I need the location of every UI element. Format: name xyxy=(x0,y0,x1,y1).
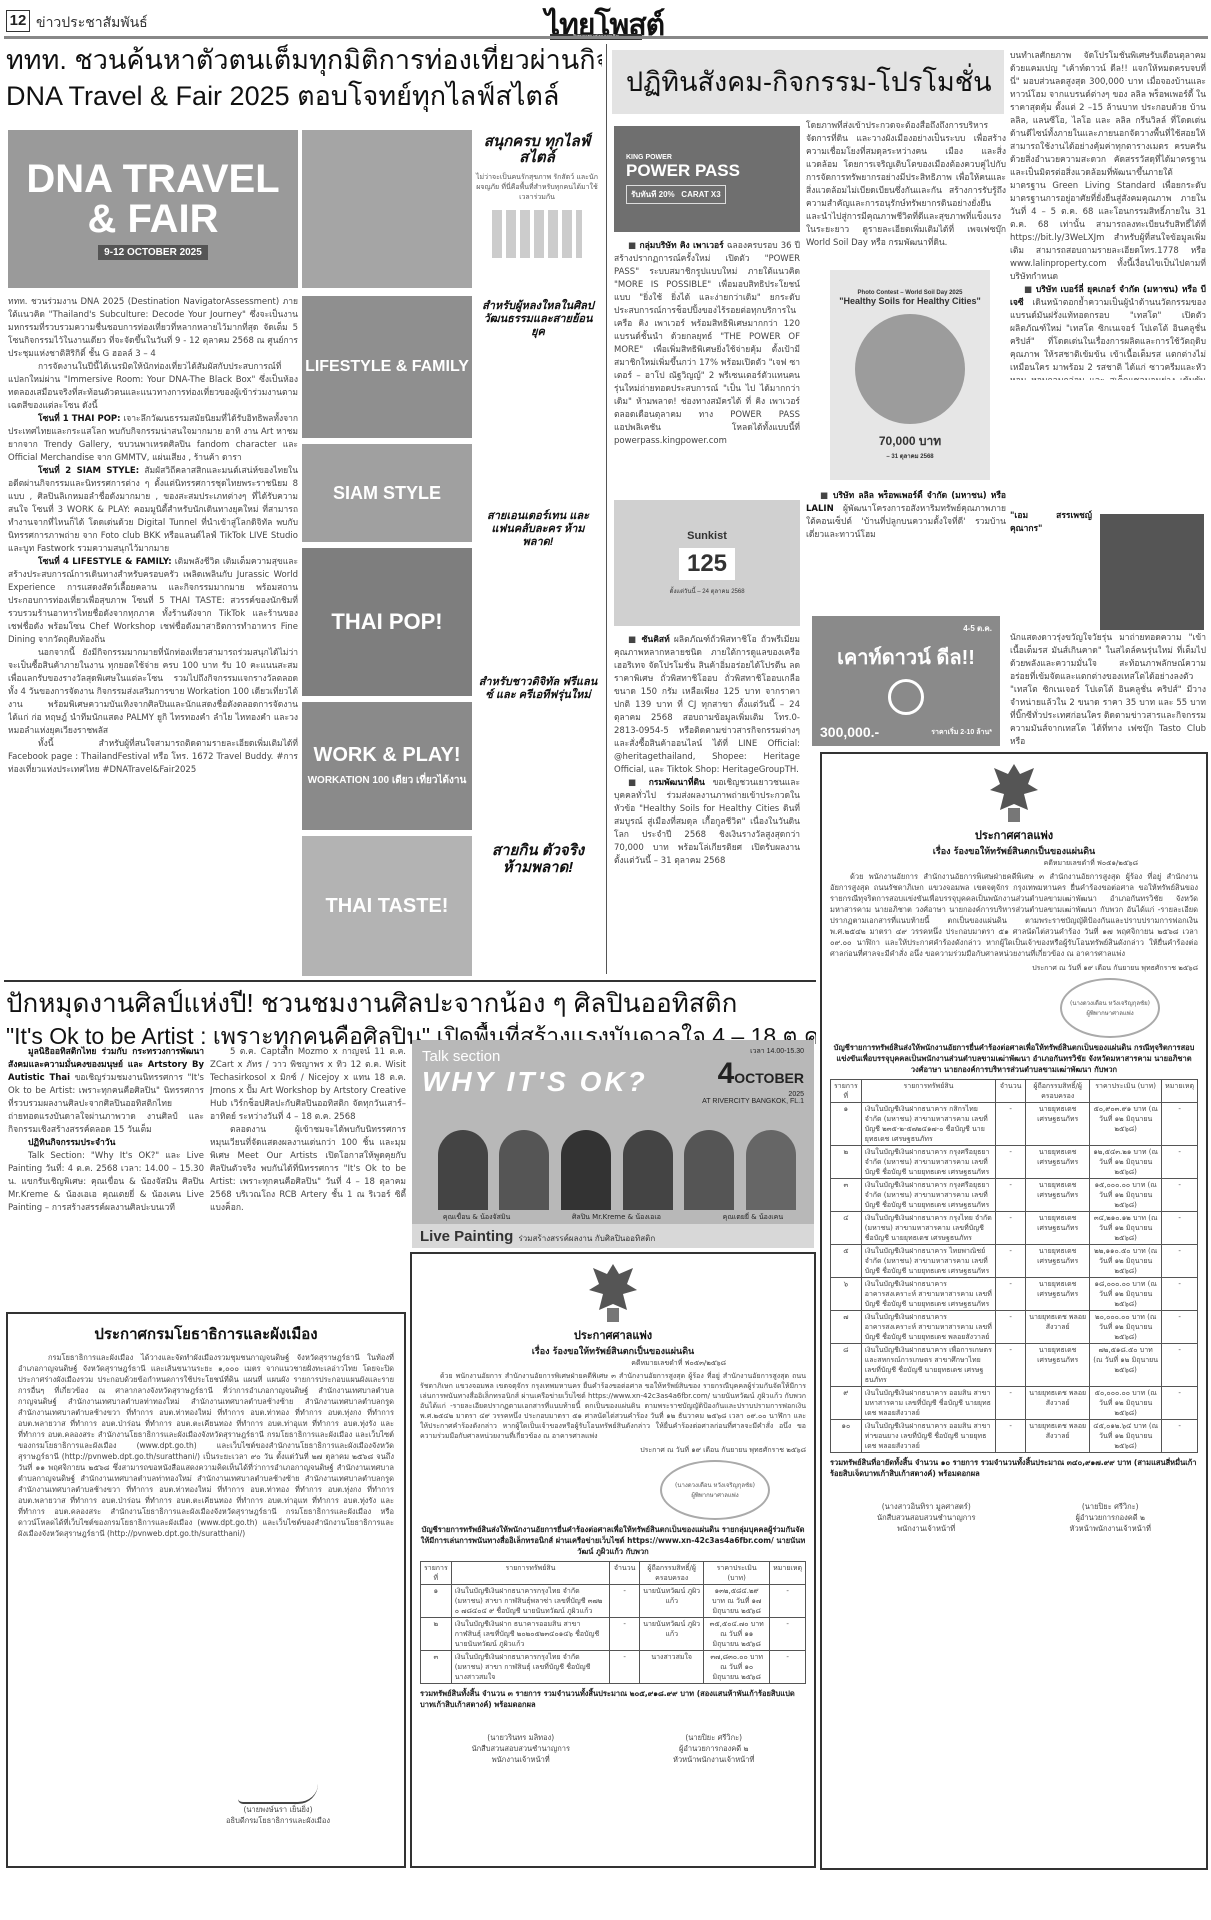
table-cell: นายยุทธเดช เศรษฐธนภัทร xyxy=(1026,1212,1090,1245)
king-power-image: KING POWER POWER PASS รับทันที 20% CARAT… xyxy=(614,126,800,232)
dna-body: ททท. ชวนร่วมงาน DNA 2025 (Destination Na… xyxy=(8,296,298,986)
side-promo: สนุกครบ ทุกไลฟ์สไตล์ ไม่ว่าจะเป็นคนรักสุ… xyxy=(476,134,598,289)
table-row: ๔เงินในบัญชีเงินฝากธนาคาร กรุงไทย จำกัด … xyxy=(831,1212,1198,1245)
table-cell: ๓๔,๒๑๐.๑๒ บาท (ณ วันที่ ๑๒ มิถุนายน ๒๕๖๘… xyxy=(1090,1212,1162,1245)
table-cell: ๘ xyxy=(831,1344,862,1387)
table-cell: นายยุทธเดช เศรษฐธนภัทร xyxy=(1026,1278,1090,1311)
zone4-label: โซนที่ 4 LIFESTYLE & FAMILY: xyxy=(38,557,172,567)
table-cell: ๒๒,๑๑๐.๕๐ บาท (ณ วันที่ ๑๒ มิถุนายน ๒๕๖๘… xyxy=(1090,1245,1162,1278)
table-cell: - xyxy=(1162,1245,1198,1278)
art-col-2: 5 ต.ค. Captain Mozmo x กาญจน์ 11 ต.ค. ZC… xyxy=(210,1046,406,1291)
lifestyle-family-image: LIFESTYLE & FAMILY xyxy=(302,296,472,438)
table-cell: - xyxy=(1162,1420,1198,1453)
dna-intro: ททท. ชวนร่วมงาน DNA 2025 (Destination Na… xyxy=(8,296,298,361)
table-cell: เงินในบัญชีเงินฝากธนาคารกรุงไทย จำกัด (ม… xyxy=(451,1585,609,1618)
signatures: (นางสาวอินทิรา มูลศาสตร์)นักสืบสวนสอบสวน… xyxy=(830,1501,1198,1534)
table-cell: ๖ xyxy=(831,1278,862,1311)
table-row: ๘เงินในบัญชีเงินฝากธนาคาร เพื่อการเกษตรแ… xyxy=(831,1344,1198,1387)
total-gambling: รวมทรัพย์สินทั้งสิ้น จำนวน ๓ รายการ รวมจ… xyxy=(420,1688,806,1710)
art-headline-1: ปักหมุดงานศิลป์แห่งปี! ชวนชมงานศิลปะจากน… xyxy=(6,988,816,1018)
table-cell: ๒ xyxy=(831,1146,862,1179)
side-promo-text: ไม่ว่าจะเป็นคนรักสุขภาพ รักสัตว์ และนักผ… xyxy=(476,172,598,202)
table-row: ๑เงินในบัญชีเงินฝากธนาคารกรุงไทย จำกัด (… xyxy=(421,1585,806,1618)
signature-mark xyxy=(238,1784,318,1804)
table-cell: นายยุทธเดช เศรษฐธนภัทร xyxy=(1026,1179,1090,1212)
table-cell: - xyxy=(1162,1344,1198,1387)
soil-day-image: Photo Contest – World Soil Day 2025 "Hea… xyxy=(830,270,990,480)
table-cell: นายยุทธเดช พลอยสังวาลย์ xyxy=(1026,1420,1090,1453)
dna-banner-image: DNA TRAVEL & FAIR 9-12 OCTOBER 2025 xyxy=(8,130,298,288)
table-cell: ๑๕,๐๐๐.๐๐ บาท (ณ วันที่ ๑๒ มิถุนายน ๒๕๖๘… xyxy=(1090,1179,1162,1212)
table-row: ๒เงินในบัญชีเงินฝาก ธนาคารออมสิน สาขา กา… xyxy=(421,1618,806,1651)
table-cell: - xyxy=(996,1146,1026,1179)
clock-icon xyxy=(888,679,924,715)
zone-caption-1: สำหรับผู้หลงใหลในศิลปวัฒนธรรมและสายย้อนย… xyxy=(478,300,598,339)
total-khamthao: รวมทรัพย์สินที่อายัดทั้งสิ้น จำนวน ๑๐ รา… xyxy=(830,1457,1198,1479)
table-row: ๖เงินในบัญชีเงินฝากธนาคาร อาคารสงเคราะห์… xyxy=(831,1278,1198,1311)
sunkist-ldd-text: ■ ซันคิสท์ ผลิตภัณฑ์ถั่วพิสทาชิโอ ถั่วพร… xyxy=(614,634,800,974)
table-cell: - xyxy=(996,1245,1026,1278)
art-top-rule xyxy=(4,980,816,982)
table-cell: - xyxy=(770,1618,806,1651)
guest-names: คุณเขื่อน & น้องจัสมิน ศิลปิน Mr.Kreme &… xyxy=(412,1212,814,1223)
table-cell: - xyxy=(996,1278,1026,1311)
table-cell: นายยุทธเดช พลอยสังวาลย์ xyxy=(1026,1311,1090,1344)
table-cell: - xyxy=(770,1651,806,1684)
table-row: ๗เงินในบัญชีเงินฝากธนาคาร อาคารสงเคราะห์… xyxy=(831,1311,1198,1344)
table-cell: ๕ xyxy=(831,1245,862,1278)
lalin-countdown-image: เคาท์ดาวน์ ดีล!! 4-5 ต.ค. 300,000.- ราคา… xyxy=(812,616,1000,746)
table-cell: ๔๕,๐๑๒.๖๔ บาท (ณ วันที่ ๑๒ มิถุนายน ๒๕๖๘… xyxy=(1090,1420,1162,1453)
sponsor-logos xyxy=(492,210,582,258)
table-cell: นายยุทธเดช พลอยสังวาลย์ xyxy=(1026,1387,1090,1420)
workation-text: WORKATION 100 เดียว เที่ยวได้งาน xyxy=(308,773,467,788)
table-cell: เงินในบัญชีเงินฝากธนาคารกรุงไทย จำกัด (ม… xyxy=(451,1651,609,1684)
table-cell: นายยุทธเดช เศรษฐธนภัทร xyxy=(1026,1146,1090,1179)
table-cell: เงินในบัญชีเงินฝากธนาคาร กสิกรไทย จำกัด … xyxy=(861,1103,995,1146)
table-cell: ๗๒,๕๑๘.๕๐ บาท (ณ วันที่ ๑๒ มิถุนายน ๒๕๖๘… xyxy=(1090,1344,1162,1387)
court-notice-gambling: ประกาศศาลแพ่ง เรื่อง ร้องขอให้ทรัพย์สินต… xyxy=(410,1252,816,1868)
table-cell: เงินในบัญชีเงินฝากธนาคาร ไทยพาณิชย์ จำกั… xyxy=(861,1245,995,1278)
king-power-text: ■ กลุ่มบริษัท คิง เพาเวอร์ ฉลองครบรอบ 36… xyxy=(614,240,800,530)
art-col-1: มูลนิธิออทิสติกไทย ร่วมกับ กระทรวงการพัฒ… xyxy=(8,1046,204,1291)
dna-dino-image xyxy=(302,130,472,288)
table-cell: ๙ xyxy=(831,1387,862,1420)
table-row: ๑๐เงินในบัญชีเงินฝากธนาคาร ออมสิน สาขาท่… xyxy=(831,1420,1198,1453)
soil-globe-illustration xyxy=(855,314,965,424)
garuda-emblem-icon xyxy=(583,1260,643,1326)
table-cell: ๕๐,๙๐๓.๙๑ บาท (ณ วันที่ ๑๒ มิถุนายน ๒๕๖๘… xyxy=(1090,1103,1162,1146)
table-cell: นายนันทวัฒน์ ภูผิวแก้ว xyxy=(640,1618,704,1651)
table-cell: เงินในบัญชีเงินฝากธนาคาร กรุงศรีอยุธยา จ… xyxy=(861,1146,995,1179)
table-cell: ๒๐,๐๐๐.๐๐ บาท (ณ วันที่ ๑๒ มิถุนายน ๒๕๖๘… xyxy=(1090,1311,1162,1344)
dna-headline-1: ททท. ชวนค้นหาตัวตนเต็มทุกมิติการท่องเที่… xyxy=(6,44,602,76)
why-its-ok-poster: Talk section WHY IT'S OK? เวลา 14.00-15.… xyxy=(412,1040,814,1248)
table-cell: ๑๒,๕๔๓.๒๑ บาท (ณ วันที่ ๑๒ มิถุนายน ๒๕๖๘… xyxy=(1090,1146,1162,1179)
table-cell: เงินในบัญชีเงินฝากธนาคาร กรุงไทย จำกัด (… xyxy=(861,1212,995,1245)
table-cell: - xyxy=(996,1212,1026,1245)
signer-1: (นางสาวอินทิรา มูลศาสตร์)นักสืบสวนสอบสวน… xyxy=(877,1501,976,1534)
banner-dna: DNA TRAVEL & FAIR xyxy=(8,159,298,239)
table-cell: ๓ xyxy=(831,1179,862,1212)
header-rule xyxy=(4,36,1208,39)
signer-2: (นายปิยะ ศรีวิกะ)ผู้อำนวยการกองคดี ๒หัวห… xyxy=(673,1732,754,1765)
table-cell: ๔ xyxy=(831,1212,862,1245)
table-cell: นายยุทธเดช เศรษฐธนภัทร xyxy=(1026,1103,1090,1146)
dna-p2: การจัดงานในปีนี้ได้เนรมิตให้นักท่องเที่ย… xyxy=(8,361,298,413)
siam-style-image: SIAM STYLE xyxy=(302,444,472,542)
work-play-image: WORK & PLAY! WORKATION 100 เดียว เที่ยวไ… xyxy=(302,702,472,830)
table-cell: - xyxy=(1162,1278,1198,1311)
table-cell: - xyxy=(996,1344,1026,1387)
table-cell: เงินในบัญชีเงินฝากธนาคาร อาคารสงเคราะห์ … xyxy=(861,1278,995,1311)
table-cell: ๑ xyxy=(831,1103,862,1146)
zone-caption-4: สายกิน ตัวจริง ห้ามพลาด! xyxy=(478,842,598,876)
table-cell: - xyxy=(996,1179,1026,1212)
table-cell: - xyxy=(1162,1212,1198,1245)
tasto-text-2: นักแสดงดาวรุ่งขวัญใจวัยรุ่น มาถ่ายทอดควา… xyxy=(1010,632,1206,744)
zone-caption-3: สำหรับชาวดิจิทัล ฟรีแลนซ์ และ ครีเอทีฟรุ… xyxy=(478,676,598,702)
column-divider xyxy=(606,44,607,974)
social-column-title: ปฏิทินสังคม-กิจกรรม-โปรโมชั่น xyxy=(612,50,1004,114)
table-cell: - xyxy=(996,1103,1026,1146)
court-seal: (นางดวงเดือน หวังเจริญกุลชัย) ผู้พิพากษา… xyxy=(660,1460,770,1520)
ldd-text-2: โดยภาพที่ส่งเข้าประกวดจะต้องสื่อถึงถึงกา… xyxy=(806,120,1006,280)
table-cell: ๒ xyxy=(421,1618,452,1651)
dna-p-end: นอกจากนี้ ยังมีกิจกรรมมากมายที่นักท่องเท… xyxy=(8,647,298,738)
table-cell: นายยุทธเดช เศรษฐธนภัทร xyxy=(1026,1245,1090,1278)
page-number: 12 xyxy=(6,10,30,32)
tasto-presenter-text: "เอม สรรเพชญ์ คุณากร" xyxy=(1010,510,1092,630)
table-cell: ๓ xyxy=(421,1651,452,1684)
zone2-label: โซนที่ 2 SIAM STYLE: xyxy=(38,466,139,476)
table-row: ๓เงินในบัญชีเงินฝากธนาคารกรุงไทย จำกัด (… xyxy=(421,1651,806,1684)
table-cell: ๑๐ xyxy=(831,1420,862,1453)
table-cell: นายยุทธเดช เศรษฐธนภัทร xyxy=(1026,1344,1090,1387)
table-cell: - xyxy=(1162,1387,1198,1420)
lalin-text-2: บนทำเลศักยภาพ จัดโปรโมชั่นพิเศษรับเดือนต… xyxy=(1010,50,1206,380)
garuda-emblem-icon xyxy=(984,760,1044,826)
court-seal: (นางดวงเดือน หวังเจริญกุลชัย) ผู้พิพากษา… xyxy=(1060,978,1160,1038)
dna-footer: ทั้งนี้ สำหรับผู้ที่สนใจสามารถติดตามรายล… xyxy=(8,738,298,777)
presenter-photo xyxy=(1100,514,1204,630)
signer-1: (นายวรินทร มลิทอง)นักสืบสวนสอบสวนชำนาญกา… xyxy=(472,1732,571,1765)
table-cell: ๑๓๒,๕๘๔.๒๙ บาท ณ วันที่ ๑๗ มิถุนายน ๒๕๖๘ xyxy=(704,1585,770,1618)
table-cell: ๑๘,๐๐๐.๐๐ บาท (ณ วันที่ ๑๒ มิถุนายน ๒๕๖๘… xyxy=(1090,1278,1162,1311)
sunkist-image: Sunkist 125 ตั้งแต่วันนี้ – 24 ตุลาคม 25… xyxy=(614,500,800,626)
table-row: ๕เงินในบัญชีเงินฝากธนาคาร ไทยพาณิชย์ จำก… xyxy=(831,1245,1198,1278)
zone2-text: สัมผัสวิถีคลาสสิกและมนต์เสน่ห์ของไทยในอด… xyxy=(8,466,298,554)
thai-taste-image: THAI TASTE! xyxy=(302,836,472,976)
asset-table-gambling: รายการที่ รายการทรัพย์สิน จำนวน ผู้ถือกร… xyxy=(420,1561,806,1684)
zone-caption-2: สายเอนเตอร์เทน และแฟนคลับละคร ห้ามพลาด! xyxy=(478,510,598,549)
table-cell: ๑ xyxy=(421,1585,452,1618)
guest-photos xyxy=(432,1130,802,1210)
table-cell: - xyxy=(1162,1311,1198,1344)
table-cell: เงินในบัญชีเงินฝาก ธนาคารออมสิน สาขา กาฬ… xyxy=(451,1618,609,1651)
table-cell: ๓๕,๕๐๔.๗๐ บาท ณ วันที่ ๑๑ มิถุนายน ๒๕๖๘ xyxy=(704,1618,770,1651)
table-cell: ๓๗,๘๓๐.๐๐ บาท ณ วันที่ ๑๐ มิถุนายน ๒๕๖๘ xyxy=(704,1651,770,1684)
table-cell: - xyxy=(1162,1103,1198,1146)
banner-date: 9-12 OCTOBER 2025 xyxy=(98,245,208,260)
side-promo-title: สนุกครบ ทุกไลฟ์สไตล์ xyxy=(476,134,598,166)
zone4-text: เติมพลังชีวิต เติมเต็มความสุขและสร้างประ… xyxy=(8,557,298,645)
asset-table-khamthao: รายการที่ รายการทรัพย์สิน จำนวน ผู้ถือกร… xyxy=(830,1079,1198,1453)
table-cell: - xyxy=(1162,1179,1198,1212)
table-cell: เงินในบัญชีเงินฝากธนาคาร เพื่อการเกษตรแล… xyxy=(861,1344,995,1387)
signatures: (นายวรินทร มลิทอง)นักสืบสวนสอบสวนชำนาญกา… xyxy=(420,1732,806,1765)
table-cell: - xyxy=(610,1618,640,1651)
table-cell: - xyxy=(1162,1146,1198,1179)
table-row: ๑เงินในบัญชีเงินฝากธนาคาร กสิกรไทย จำกัด… xyxy=(831,1103,1198,1146)
table-cell: นางสาวสมใจ xyxy=(640,1651,704,1684)
table-cell: เงินในบัญชีเงินฝากธนาคาร ออมสิน สาขามหาส… xyxy=(861,1387,995,1420)
table-cell: ๗ xyxy=(831,1311,862,1344)
table-cell: เงินในบัญชีเงินฝากธนาคาร ออมสิน สาขาท่าข… xyxy=(861,1420,995,1453)
table-cell: ๕๐,๐๐๐.๐๐ บาท (ณ วันที่ ๑๒ มิถุนายน ๒๕๖๘… xyxy=(1090,1387,1162,1420)
zone1-label: โซนที่ 1 THAI POP: xyxy=(38,414,121,424)
newspaper-logo: ไทยโพสต์ xyxy=(545,2,664,49)
court-notice-khamthao: ประกาศศาลแพ่ง เรื่อง ร้องขอให้ทรัพย์สินต… xyxy=(820,752,1208,1870)
table-row: ๙เงินในบัญชีเงินฝากธนาคาร ออมสิน สาขามหา… xyxy=(831,1387,1198,1420)
table-cell: - xyxy=(996,1311,1026,1344)
section-title: ข่าวประชาสัมพันธ์ xyxy=(36,12,148,34)
table-row: ๒เงินในบัญชีเงินฝากธนาคาร กรุงศรีอยุธยา … xyxy=(831,1146,1198,1179)
table-row: ๓เงินในบัญชีเงินฝากธนาคาร กรุงศรีอยุธยา … xyxy=(831,1179,1198,1212)
table-cell: เงินในบัญชีเงินฝากธนาคาร อาคารสงเคราะห์ … xyxy=(861,1311,995,1344)
table-cell: - xyxy=(996,1387,1026,1420)
thai-pop-image: THAI POP! xyxy=(302,548,472,696)
table-cell: - xyxy=(996,1420,1026,1453)
table-cell: เงินในบัญชีเงินฝากธนาคาร กรุงศรีอยุธยา จ… xyxy=(861,1179,995,1212)
table-cell: - xyxy=(610,1585,640,1618)
table-cell: - xyxy=(610,1651,640,1684)
dna-headline-2: DNA Travel & Fair 2025 ตอบโจทย์ทุกไลฟ์สไ… xyxy=(6,80,602,112)
lalin-text: ■ บริษัท ลลิล พร็อพเพอร์ตี้ จำกัด (มหาชน… xyxy=(806,490,1006,596)
signer-2: (นายปิยะ ศรีวิกะ)ผู้อำนวยการกองคดี ๒หัวห… xyxy=(1070,1501,1151,1534)
table-cell: นายนันทวัฒน์ ภูผิวแก้ว xyxy=(640,1585,704,1618)
dpt-notice: ประกาศกรมโยธาธิการและผังเมือง กรมโยธาธิก… xyxy=(6,1312,406,1868)
table-cell: - xyxy=(770,1585,806,1618)
